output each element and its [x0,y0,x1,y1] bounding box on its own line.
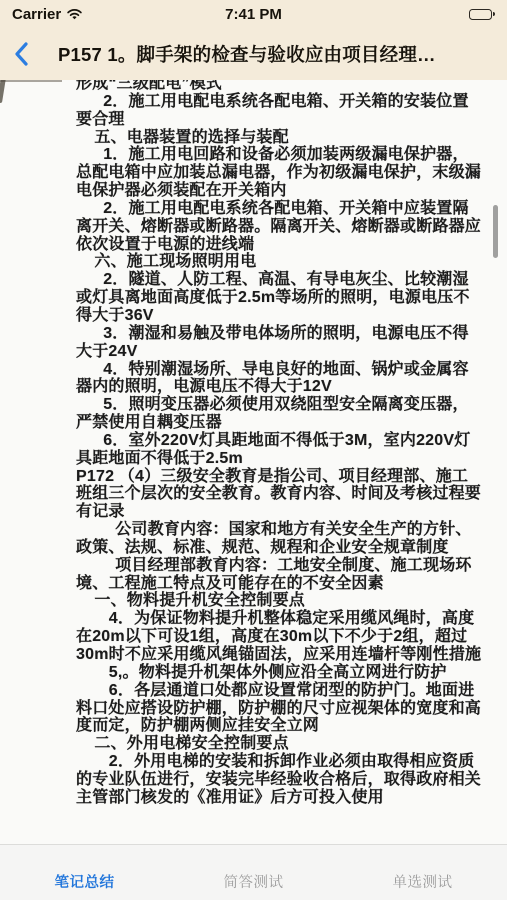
tab-single-choice-test[interactable]: 单选测试 [338,871,507,892]
note-paragraph: 公司教育内容：国家和地方有关安全生产的方针、政策、法规、标准、规范、规程和企业安… [76,521,483,557]
note-paragraph: 二、外用电梯安全控制要点 [76,735,483,753]
scrollbar-thumb[interactable] [493,205,498,258]
note-paragraph: 4．为保证物料提升机整体稳定采用缆风绳时，高度在20m以下可设1组，高度在30m… [76,610,483,664]
back-button[interactable] [14,42,28,66]
app-screen: Carrier 7:41 PM P [0,0,507,900]
note-paragraph: 3．潮湿和易触及带电体场所的照明，电源电压不得大于24V [76,325,483,361]
note-paragraph: 项目经理部教育内容：工地安全制度、施工现场环境、工程施工特点及可能存在的不安全因… [76,557,483,593]
note-paragraph: 六、施工现场照明用电 [76,253,483,271]
tab-short-answer-test[interactable]: 简答测试 [169,871,338,892]
note-paragraph: 五、电器装置的选择与装配 [76,129,483,147]
note-paragraph: 6．室外220V灯具距地面不得低于3M，室内220V灯具距地面不得低于2.5m [76,432,483,468]
status-time: 7:41 PM [0,6,507,23]
note-paragraph: 1．施工用电回路和设备必须加装两级漏电保护器，总配电箱中应加装总漏电器，作为初级… [76,146,483,200]
status-bar: Carrier 7:41 PM [0,0,507,28]
tab-bar: 笔记总结简答测试单选测试 [0,844,507,900]
battery-icon [469,9,495,20]
note-content[interactable]: 形成“三级配电”模式2．施工用电配电系统各配电箱、开关箱的安装位置要合理五、电器… [0,80,507,844]
note-paragraph: 2．施工用电配电系统各配电箱、开关箱的安装位置要合理 [76,93,483,129]
note-paragraphs: 形成“三级配电”模式2．施工用电配电系统各配电箱、开关箱的安装位置要合理五、电器… [76,80,483,807]
note-paragraph: 2．隧道、人防工程、高温、有导电灰尘、比较潮湿或灯具离地面高度低于2.5m等场所… [76,271,483,325]
note-paragraph: 6．各层通道口处都应设置常闭型的防护门。地面进料口处应搭设防护棚，防护棚的尺寸应… [76,682,483,736]
chevron-left-icon [14,42,28,66]
note-paragraph: 形成“三级配电”模式 [76,80,483,93]
note-paragraph: 一、物料提升机安全控制要点 [76,592,483,610]
tab-notes-summary[interactable]: 笔记总结 [0,871,169,892]
note-paragraph: 4．特别潮湿场所、导电良好的地面、锅炉或金属容器内的照明，电源电压不得大于12V [76,361,483,397]
note-paragraph: P172 （4）三级安全教育是指公司、项目经理部、施工班组三个层次的安全教育。教… [76,468,483,522]
note-paragraph: 5．照明变压器必须使用双绕阻型安全隔离变压器，严禁使用自耦变压器 [76,396,483,432]
nav-bar: P157 1。脚手架的检查与验收应由项目经理… [0,28,507,80]
page-title: P157 1。脚手架的检查与验收应由项目经理… [58,41,436,67]
note-paragraph: 5,。物料提升机架体外侧应沿全高立网进行防护 [76,664,483,682]
note-paragraph: 2．外用电梯的安装和拆卸作业必须由取得相应资质的专业队伍进行，安装完毕经验收合格… [76,753,483,807]
page-edge-artifact [0,80,6,103]
status-right [469,9,495,20]
note-paragraph: 2．施工用电配电系统各配电箱、开关箱中应装置隔离开关、熔断器或断路器。隔离开关、… [76,200,483,254]
